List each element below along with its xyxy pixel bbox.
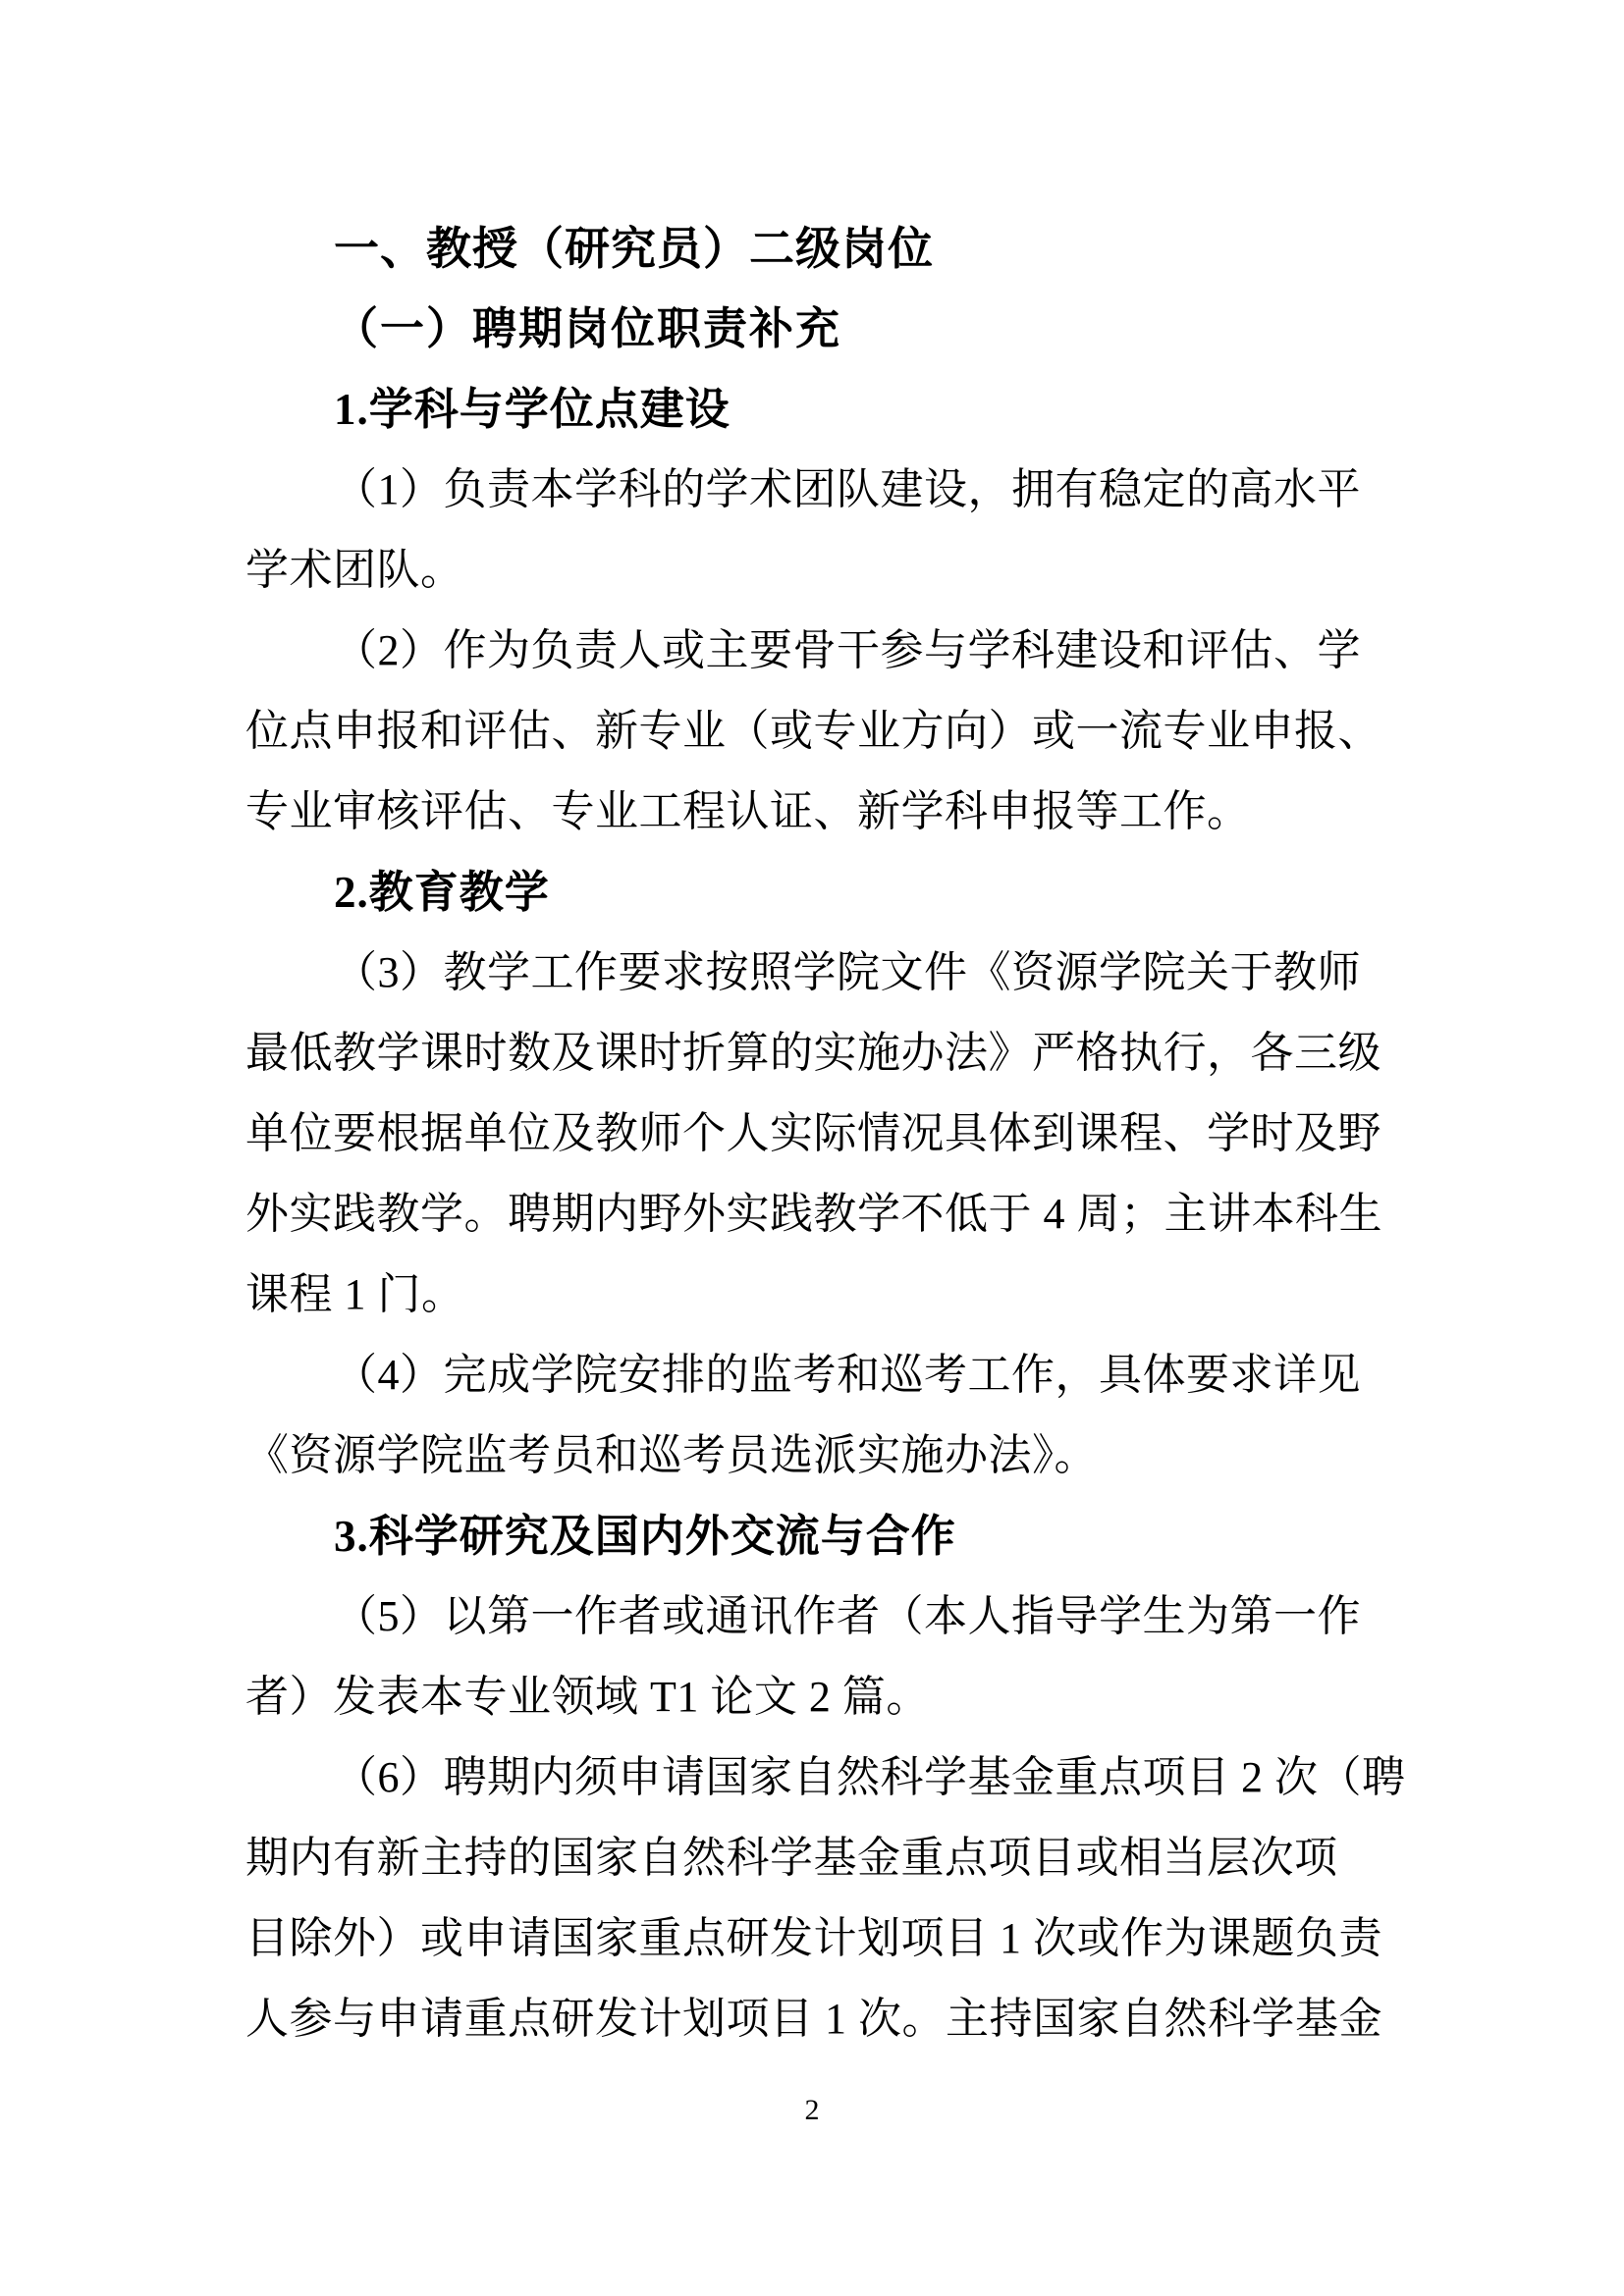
clause-heading-1: 1.学科与学位点建设 bbox=[245, 369, 1394, 450]
paragraph-line: 专业审核评估、专业工程认证、新学科申报等工作。 bbox=[245, 772, 1394, 852]
paragraph-line: 单位要根据单位及教师个人实际情况具体到课程、学时及野 bbox=[245, 1094, 1394, 1174]
paragraph-line: 目除外）或申请国家重点研发计划项目 1 次或作为课题负责 bbox=[245, 1898, 1394, 1979]
paragraph-line: （2）作为负责人或主要骨干参与学科建设和评估、学 bbox=[245, 611, 1394, 691]
paragraph-line: 《资源学院监考员和巡考员选派实施办法》。 bbox=[245, 1415, 1394, 1496]
paragraph-line: （3）教学工作要求按照学院文件《资源学院关于教师 bbox=[245, 933, 1394, 1013]
paragraph-line: （1）负责本学科的学术团队建设，拥有稳定的高水平 bbox=[245, 450, 1394, 530]
paragraph-line: （4）完成学院安排的监考和巡考工作，具体要求详见 bbox=[245, 1335, 1394, 1415]
paragraph-line: 学术团队。 bbox=[245, 530, 1394, 611]
clause-heading-3: 3.科学研究及国内外交流与合作 bbox=[245, 1496, 1394, 1576]
paragraph-line: 人参与申请重点研发计划项目 1 次。主持国家自然科学基金 bbox=[245, 1979, 1394, 2059]
paragraph-line: 者）发表本专业领域 T1 论文 2 篇。 bbox=[245, 1657, 1394, 1737]
document-page: 一、教授（研究员）二级岗位 （一）聘期岗位职责补充 1.学科与学位点建设 （1）… bbox=[0, 0, 1624, 2296]
clause-heading-2: 2.教育教学 bbox=[245, 852, 1394, 933]
paragraph-line: 外实践教学。聘期内野外实践教学不低于 4 周；主讲本科生 bbox=[245, 1174, 1394, 1255]
paragraph-line: 期内有新主持的国家自然科学基金重点项目或相当层次项 bbox=[245, 1818, 1394, 1898]
subsection-heading: （一）聘期岗位职责补充 bbox=[245, 289, 1394, 369]
paragraph-line: 课程 1 门。 bbox=[245, 1255, 1394, 1335]
section-heading: 一、教授（研究员）二级岗位 bbox=[245, 208, 1394, 289]
paragraph-line: （6）聘期内须申请国家自然科学基金重点项目 2 次（聘 bbox=[245, 1737, 1394, 1818]
paragraph-line: （5）以第一作者或通讯作者（本人指导学生为第一作 bbox=[245, 1576, 1394, 1657]
paragraph-line: 最低教学课时数及课时折算的实施办法》严格执行，各三级 bbox=[245, 1013, 1394, 1094]
document-body: 一、教授（研究员）二级岗位 （一）聘期岗位职责补充 1.学科与学位点建设 （1）… bbox=[245, 208, 1394, 2059]
page-number: 2 bbox=[0, 2091, 1624, 2130]
paragraph-line: 位点申报和评估、新专业（或专业方向）或一流专业申报、 bbox=[245, 691, 1394, 772]
